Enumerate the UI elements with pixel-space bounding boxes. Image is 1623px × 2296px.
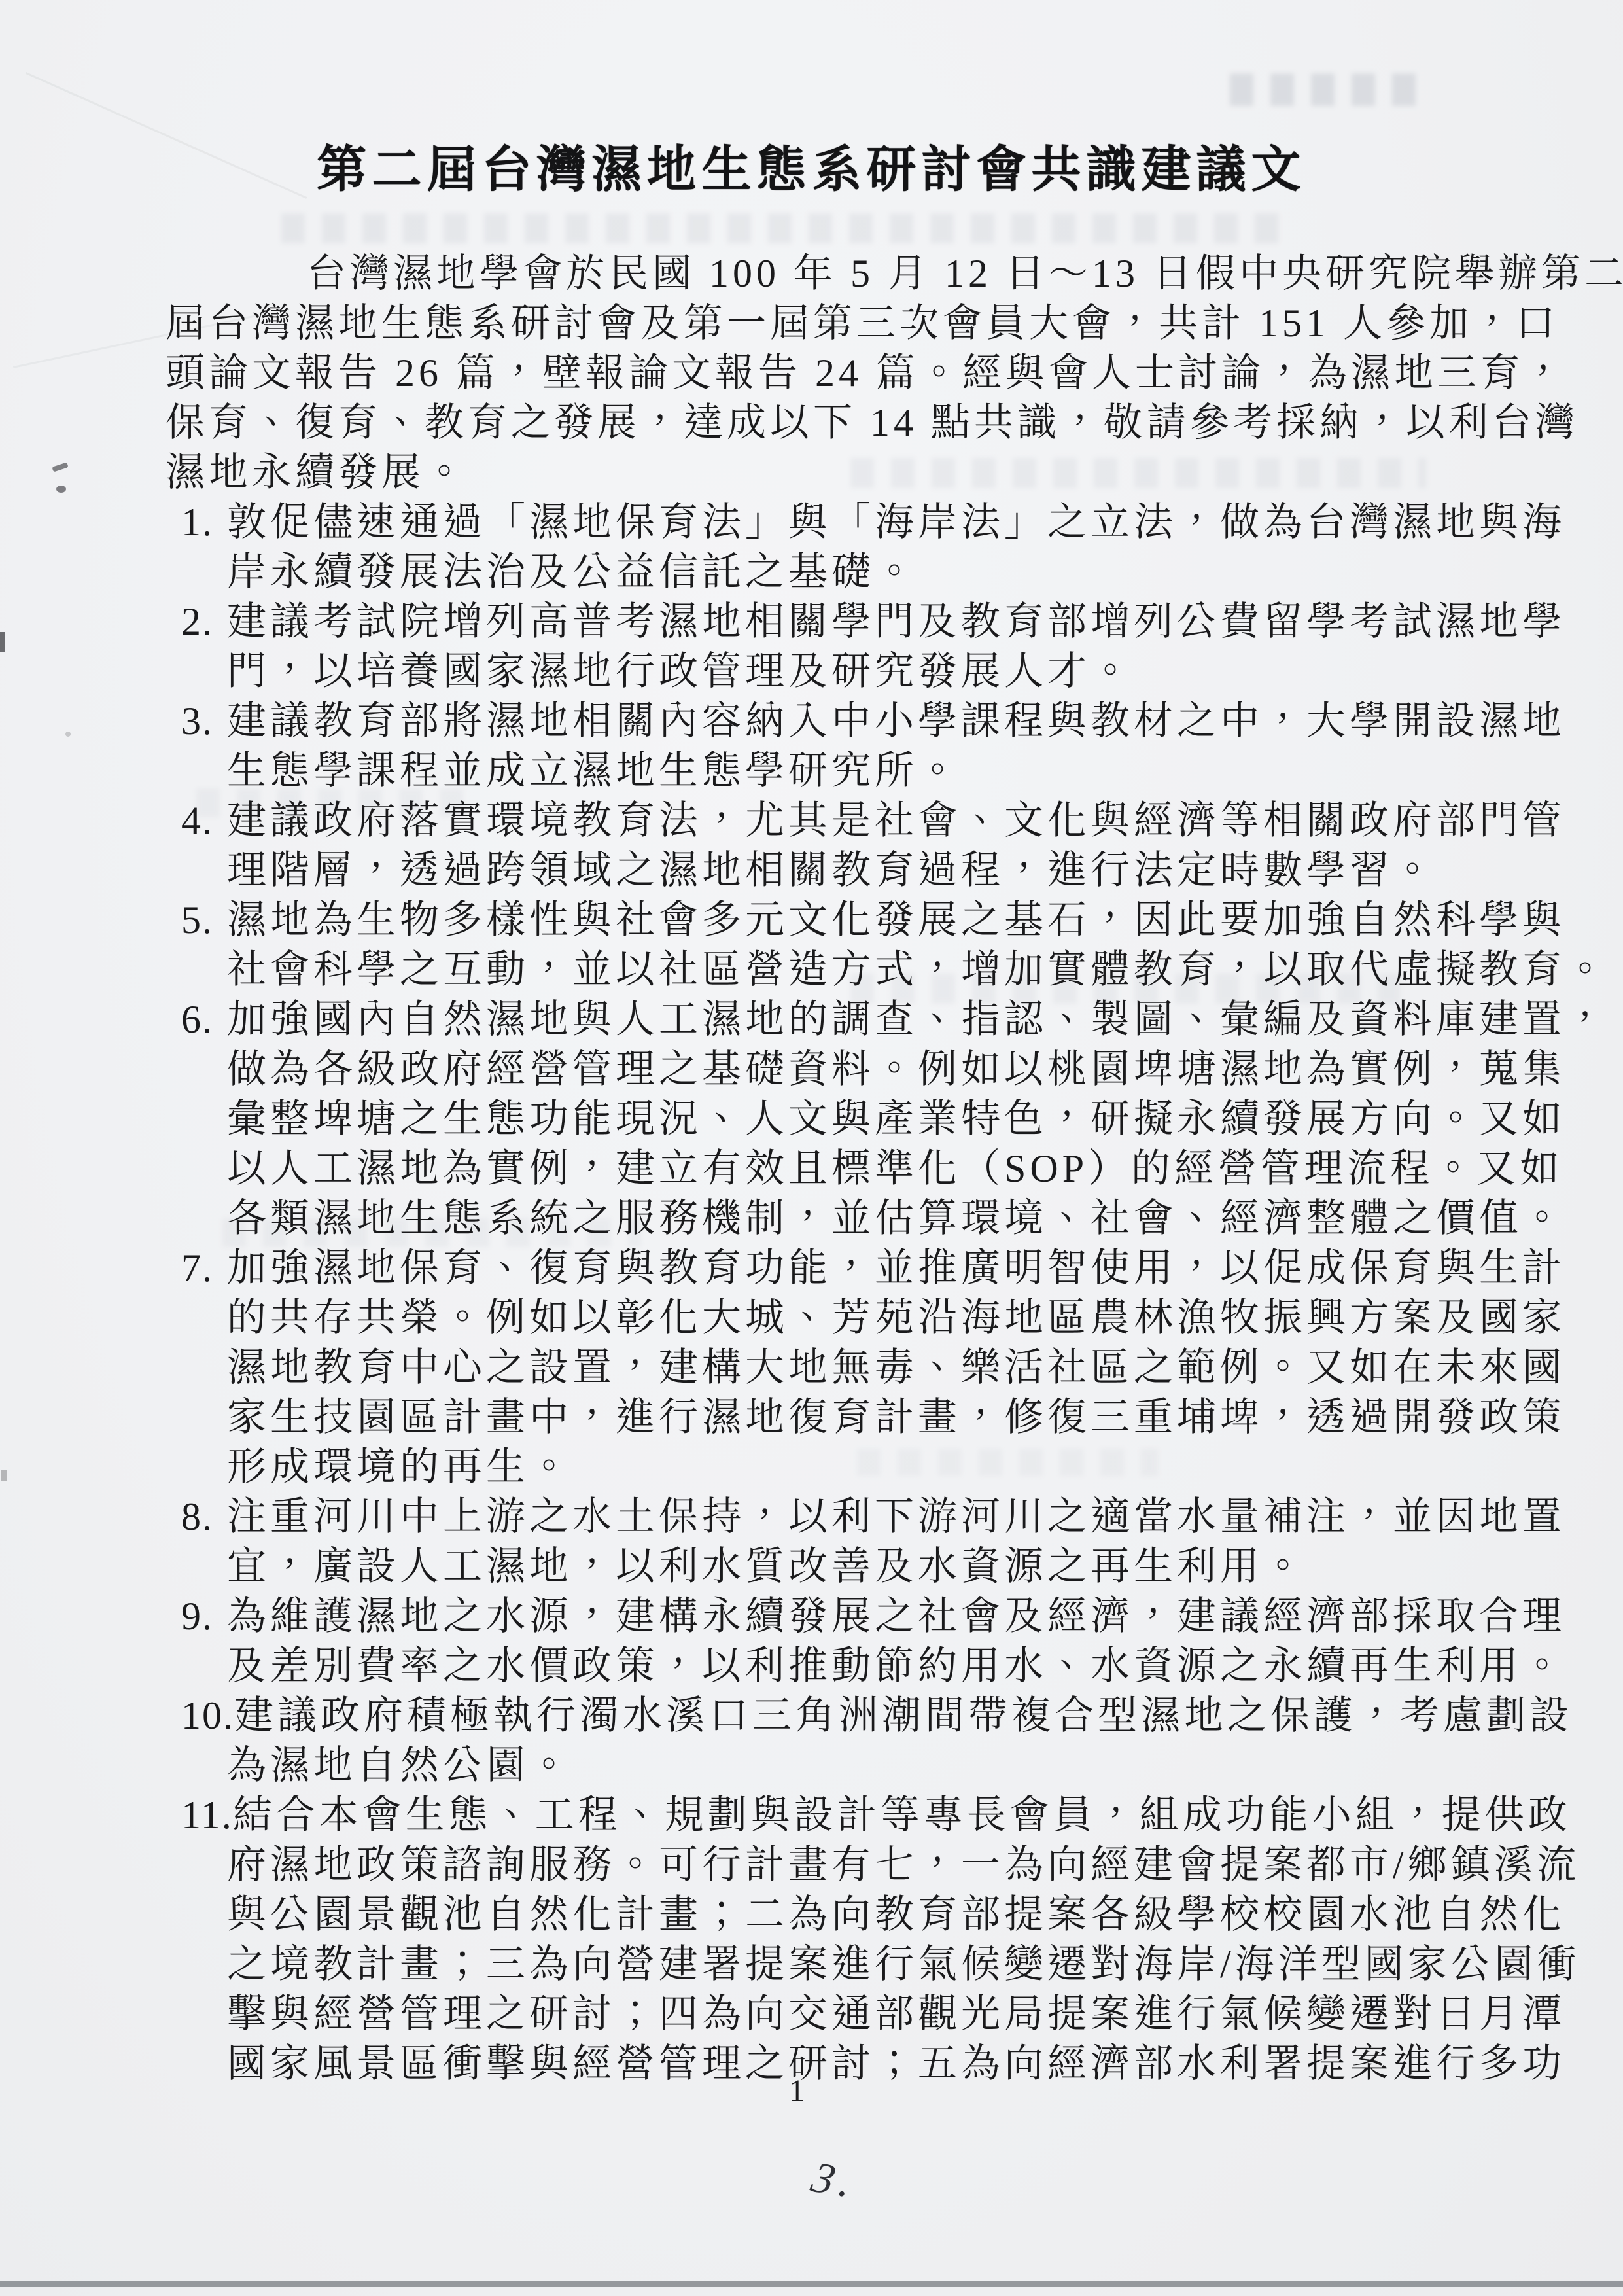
list-item-line: 7.加強濕地保育、復育與教育功能，並推廣明智使用，以促成保育與生計 — [166, 1243, 1467, 1293]
item-text: 敦促儘速通過「濕地保育法」與「海岸法」之立法，做為台灣濕地與海 — [227, 501, 1565, 544]
handwritten-mark: 3. — [807, 2153, 864, 2209]
intro-line: 濕地永續發展。 — [166, 448, 1467, 497]
list-item-line: 理階層，透過跨領域之濕地相關教育過程，進行法定時數學習。 — [166, 845, 1467, 895]
item-text: 濕地為生物多樣性與社會多元文化發展之基石，因此要加強自然科學與 — [227, 898, 1565, 942]
list-item-line: 1.敦促儘速通過「濕地保育法」與「海岸法」之立法，做為台灣濕地與海 — [166, 497, 1467, 547]
list-item-line: 府濕地政策諮詢服務。可行計畫有七，一為向經建會提案都市/鄉鎮溪流 — [166, 1840, 1467, 1890]
intro-paragraph: 台灣濕地學會於民國 100 年 5 月 12 日～13 日假中央研究院舉辦第二屆… — [166, 249, 1467, 497]
item-text: 建議政府落實環境教育法，尤其是社會、文化與經濟等相關政府部門管 — [227, 799, 1565, 842]
list-item-line: 社會科學之互動，並以社區營造方式，增加實體教育，以取代虛擬教育。 — [166, 945, 1467, 995]
intro-line: 屆台灣濕地生態系研討會及第一屆第三次會員大會，共計 151 人參加，口 — [166, 298, 1467, 348]
item-text: 注重河川中上游之水土保持，以利下游河川之適當水量補注，並因地置 — [227, 1495, 1565, 1538]
item-number: 7. — [166, 1243, 227, 1293]
scan-smudge-artifact — [52, 462, 68, 472]
list-item-line: 彙整埤塘之生態功能現況、人文與產業特色，研擬永續發展方向。又如 — [166, 1094, 1467, 1144]
item-number: 1. — [166, 497, 227, 547]
list-item-line: 門，以培養國家濕地行政管理及研究發展人才。 — [166, 646, 1467, 696]
scan-edge-smudge — [1, 1470, 7, 1481]
list-item-line: 及差別費率之水價政策，以利推動節約用水、水資源之永續再生利用。 — [166, 1641, 1467, 1691]
list-item-line: 以人工濕地為實例，建立有效且標準化（SOP）的經營管理流程。又如 — [166, 1144, 1467, 1193]
list-item-line: 6.加強國內自然濕地與人工濕地的調查、指認、製圖、彙編及資料庫建置， — [166, 995, 1467, 1044]
scan-edge — [0, 2281, 1623, 2287]
list-item-line: 家生技園區計畫中，進行濕地復育計畫，修復三重埔埤，透過開發政策 — [166, 1392, 1467, 1442]
scan-smudge-artifact — [65, 732, 71, 737]
item-number: 9. — [166, 1591, 227, 1641]
item-text: 建議教育部將濕地相關內容納入中小學課程與教材之中，大學開設濕地 — [227, 699, 1565, 743]
list-item-line: 岸永續發展法治及公益信託之基礎。 — [166, 547, 1467, 597]
item-number: 5. — [166, 895, 227, 945]
item-text: 建議政府積極執行濁水溪口三角洲潮間帶複合型濕地之保護，考慮劃設 — [234, 1694, 1573, 1737]
item-number: 10. — [166, 1691, 234, 1740]
list-item-line: 5.濕地為生物多樣性與社會多元文化發展之基石，因此要加強自然科學與 — [166, 895, 1467, 945]
list-item-line: 宜，廣設人工濕地，以利水質改善及水資源之再生利用。 — [166, 1542, 1467, 1591]
list-item-line: 4.建議政府落實環境教育法，尤其是社會、文化與經濟等相關政府部門管 — [166, 796, 1467, 845]
intro-line: 頭論文報告 26 篇，壁報論文報告 24 篇。經與會人士討論，為濕地三育， — [166, 348, 1467, 398]
list-item-line: 形成環境的再生。 — [166, 1442, 1467, 1492]
list-item-line: 擊與經營管理之研討；四為向交通部觀光局提案進行氣候變遷對日月潭 — [166, 1989, 1467, 2039]
list-item-line: 國家風景區衝擊與經營管理之研討；五為向經濟部水利署提案進行多功 — [166, 2039, 1467, 2089]
list-item-line: 為濕地自然公園。 — [166, 1740, 1467, 1790]
list-item-line: 9.為維護濕地之水源，建構永續發展之社會及經濟，建議經濟部採取合理 — [166, 1591, 1467, 1641]
list-item-line: 做為各級政府經營管理之基礎資料。例如以桃園埤塘濕地為實例，蒐集 — [166, 1044, 1467, 1094]
item-number: 2. — [166, 597, 227, 646]
list-item-line: 2.建議考試院增列高普考濕地相關學門及教育部增列公費留學考試濕地學 — [166, 597, 1467, 646]
item-number: 11. — [166, 1790, 233, 1840]
item-number: 6. — [166, 995, 227, 1044]
list-item-line: 與公園景觀池自然化計畫；二為向教育部提案各級學校校園水池自然化 — [166, 1890, 1467, 1939]
item-number: 4. — [166, 796, 227, 845]
list-item-line: 生態學課程並成立濕地生態學研究所。 — [166, 746, 1467, 796]
consensus-list: 1.敦促儘速通過「濕地保育法」與「海岸法」之立法，做為台灣濕地與海岸永續發展法治… — [166, 497, 1467, 2089]
item-text: 加強國內自然濕地與人工濕地的調查、指認、製圖、彙編及資料庫建置， — [227, 998, 1609, 1041]
scanned-document-page: 第二屆台灣濕地生態系研討會共識建議文 台灣濕地學會於民國 100 年 5 月 1… — [0, 0, 1623, 2296]
page-number: 1 — [789, 2073, 805, 2109]
list-item-line: 11.結合本會生態、工程、規劃與設計等專長會員，組成功能小組，提供政 — [166, 1790, 1467, 1840]
list-item-line: 的共存共榮。例如以彰化大城、芳苑沿海地區農林漁牧振興方案及國家 — [166, 1293, 1467, 1343]
document-title: 第二屆台灣濕地生態系研討會共識建議文 — [0, 130, 1623, 201]
item-number: 8. — [166, 1492, 227, 1542]
bleed-through-artifact — [281, 213, 1282, 243]
scan-smudge-artifact — [56, 486, 66, 493]
bleed-through-artifact — [1230, 73, 1433, 106]
item-text: 為維護濕地之水源，建構永續發展之社會及經濟，建議經濟部採取合理 — [227, 1595, 1565, 1638]
intro-line: 台灣濕地學會於民國 100 年 5 月 12 日～13 日假中央研究院舉辦第二 — [166, 249, 1467, 298]
item-text: 加強濕地保育、復育與教育功能，並推廣明智使用，以促成保育與生計 — [227, 1246, 1565, 1290]
list-item-line: 8.注重河川中上游之水土保持，以利下游河川之適當水量補注，並因地置 — [166, 1492, 1467, 1542]
scan-edge-smudge — [0, 632, 5, 652]
item-text: 建議考試院增列高普考濕地相關學門及教育部增列公費留學考試濕地學 — [227, 600, 1565, 643]
list-item-line: 10.建議政府積極執行濁水溪口三角洲潮間帶複合型濕地之保護，考慮劃設 — [166, 1691, 1467, 1740]
list-item-line: 3.建議教育部將濕地相關內容納入中小學課程與教材之中，大學開設濕地 — [166, 696, 1467, 746]
intro-line: 保育、復育、教育之發展，達成以下 14 點共識，敬請參考採納，以利台灣 — [166, 398, 1467, 448]
list-item-line: 各類濕地生態系統之服務機制，並估算環境、社會、經濟整體之價值。 — [166, 1193, 1467, 1243]
item-number: 3. — [166, 696, 227, 746]
list-item-line: 之境教計畫；三為向營建署提案進行氣候變遷對海岸/海洋型國家公園衝 — [166, 1939, 1467, 1989]
list-item-line: 濕地教育中心之設置，建構大地無毒、樂活社區之範例。又如在未來國 — [166, 1343, 1467, 1392]
item-text: 結合本會生態、工程、規劃與設計等專長會員，組成功能小組，提供政 — [233, 1793, 1571, 1837]
document-body: 台灣濕地學會於民國 100 年 5 月 12 日～13 日假中央研究院舉辦第二屆… — [166, 249, 1467, 2089]
